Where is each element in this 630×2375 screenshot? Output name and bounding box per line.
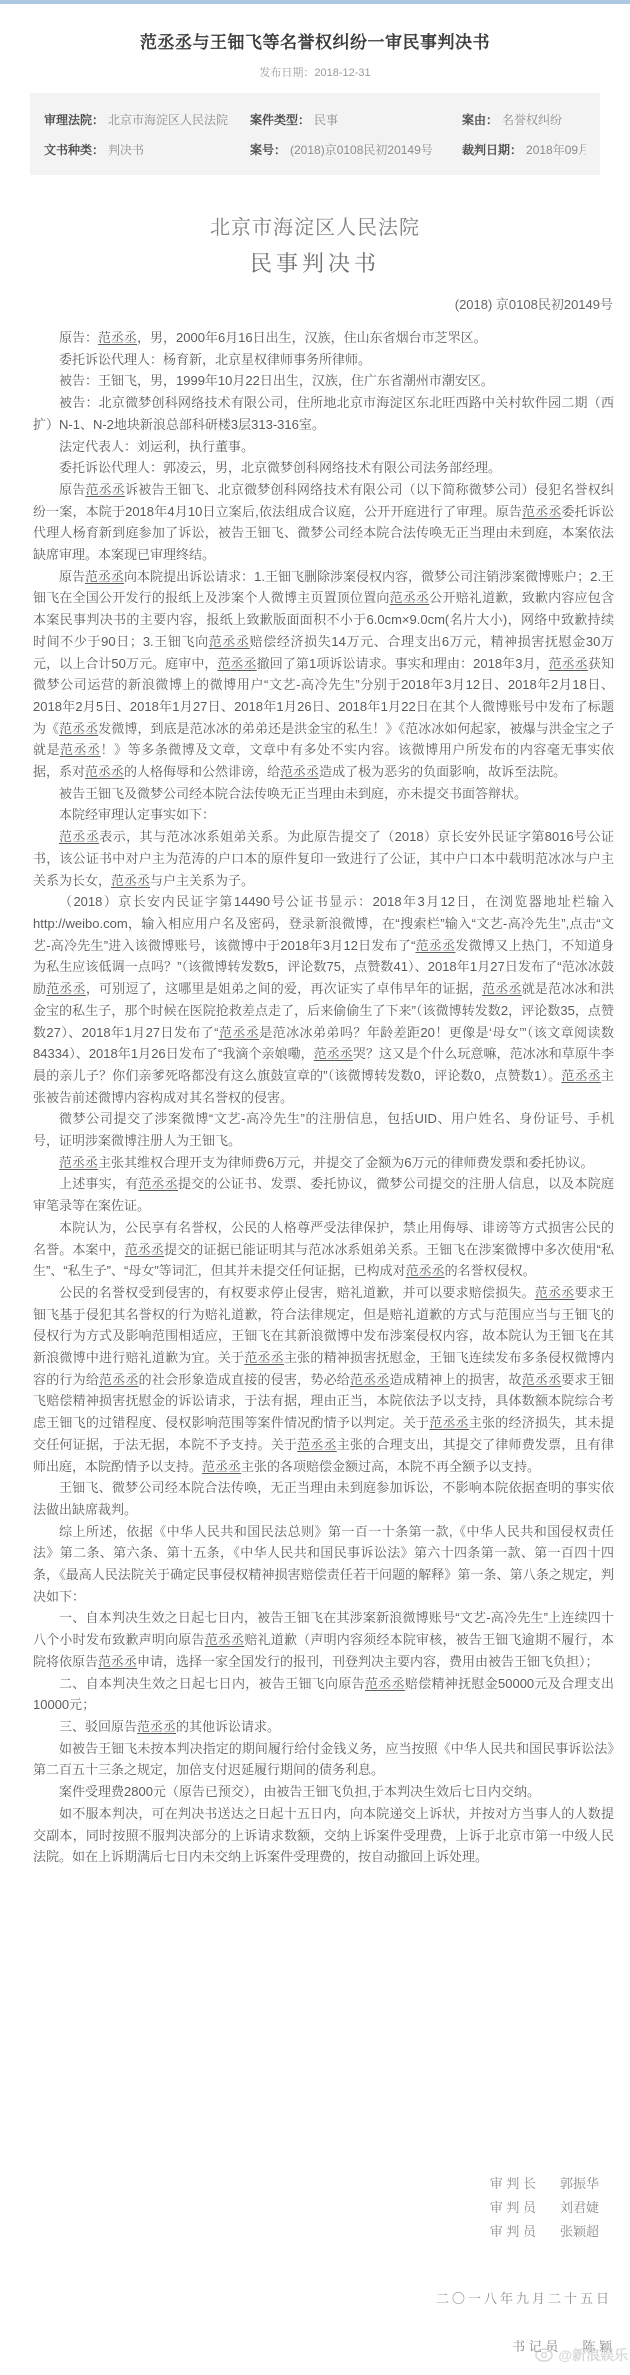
meta-cause-value: 名誉权纠纷 bbox=[502, 105, 562, 135]
document-court-heading: 北京市海淀区人民法院 bbox=[0, 211, 630, 240]
paragraph: 如不服本判决，可在判决书送达之日起十五日内，向本院递交上诉状，并按对方当事人的人… bbox=[33, 1803, 614, 1868]
clerk-title: 书 记 员 bbox=[512, 2339, 558, 2354]
paragraph: 上述事实，有范丞丞提交的公证书、发票、委托协议，微梦公司提交的注册人信息，以及本… bbox=[33, 1173, 614, 1216]
judge-title: 审 判 员 bbox=[490, 2224, 536, 2239]
meta-court: 审理法院： 北京市海淀区人民法院 bbox=[44, 105, 250, 135]
meta-doc-kind-value: 判决书 bbox=[108, 135, 144, 165]
meta-cause: 案由： 名誉权纠纷 bbox=[462, 105, 586, 135]
meta-judgment-date: 裁判日期： 2018年09月25日 bbox=[462, 135, 586, 165]
meta-cause-label: 案由： bbox=[462, 105, 498, 135]
publish-date-label: 发布日期： bbox=[259, 67, 314, 79]
meta-court-value: 北京市海淀区人民法院 bbox=[108, 105, 228, 135]
presiding-judge-name: 郭振华 bbox=[560, 2172, 612, 2196]
paragraph: 一、自本判决生效之日起七日内，被告王钿飞在其涉案新浪微博账号“文艺-高冷先生”上… bbox=[33, 1607, 614, 1672]
meta-row: 审理法院： 北京市海淀区人民法院 案件类型： 民事 案由： 名誉权纠纷 bbox=[44, 105, 586, 135]
paragraph: 被告王钿飞及微梦公司经本院合法传唤无正当理由未到庭，亦未提交书面答辩状。 bbox=[33, 783, 614, 805]
paragraph: 原告：范丞丞，男，2000年6月16日出生，汉族，住山东省烟台市芝罘区。 bbox=[33, 327, 614, 349]
clerk-name: 陈 颖 bbox=[582, 2339, 612, 2354]
judge-line: 审 判 员张颖超 bbox=[490, 2220, 612, 2244]
meta-case-number-value: (2018)京0108民初20149号 bbox=[290, 135, 433, 165]
meta-doc-kind: 文书种类： 判决书 bbox=[44, 135, 250, 165]
judge-name: 刘君婕 bbox=[560, 2196, 612, 2220]
document-case-number: (2018) 京0108民初20149号 bbox=[0, 294, 630, 313]
publish-date-value: 2018-12-31 bbox=[314, 67, 370, 79]
page-top-accent-bar bbox=[0, 0, 630, 4]
meta-judgment-date-label: 裁判日期： bbox=[462, 135, 522, 165]
paragraph: 法定代表人：刘运利，执行董事。 bbox=[33, 436, 614, 458]
judge-name: 张颖超 bbox=[560, 2220, 612, 2244]
case-meta-box: 审理法院： 北京市海淀区人民法院 案件类型： 民事 案由： 名誉权纠纷 文书种类… bbox=[30, 93, 600, 175]
paragraph: 本院经审理认定事实如下： bbox=[33, 804, 614, 826]
paragraph: 王钿飞、微梦公司经本院合法传唤，无正当理由未到庭参加诉讼，不影响本院依据查明的事… bbox=[33, 1477, 614, 1520]
meta-doc-kind-label: 文书种类： bbox=[44, 135, 104, 165]
signature-judges: 审 判 长郭振华 审 判 员刘君婕 审 判 员张颖超 bbox=[490, 2172, 612, 2244]
meta-court-label: 审理法院： bbox=[44, 105, 104, 135]
page-title: 范丞丞与王钿飞等名誉权纠纷一审民事判决书 bbox=[30, 28, 600, 53]
paragraph: 微梦公司提交了涉案微博“文艺-高冷先生”的注册信息，包括UID、用户姓名、身份证… bbox=[33, 1108, 614, 1151]
judge-line: 审 判 员刘君婕 bbox=[490, 2196, 612, 2220]
publish-date-line: 发布日期：2018-12-31 bbox=[0, 64, 630, 80]
paragraph: 被告：北京微梦创科网络技术有限公司，住所地北京市海淀区东北旺西路中关村软件园二期… bbox=[33, 392, 614, 435]
meta-case-type-value: 民事 bbox=[314, 105, 338, 135]
paragraph: （2018）京长安内民证字第14490号公证书显示：2018年3月12日，在浏览… bbox=[33, 891, 614, 1108]
meta-case-number: 案号： (2018)京0108民初20149号 bbox=[250, 135, 462, 165]
meta-row: 文书种类： 判决书 案号： (2018)京0108民初20149号 裁判日期： … bbox=[44, 135, 586, 165]
presiding-judge-line: 审 判 长郭振华 bbox=[490, 2172, 612, 2196]
paragraph: 综上所述，依据《中华人民共和国民法总则》第一百一十条第一款,《中华人民共和国侵权… bbox=[33, 1521, 614, 1608]
paragraph: 案件受理费2800元（原告已预交），由被告王钿飞负担,于本判决生效后七日内交纳。 bbox=[33, 1781, 614, 1803]
paragraph: 如被告王钿飞未按本判决指定的期间履行给付金钱义务，应当按照《中华人民共和国民事诉… bbox=[33, 1738, 614, 1781]
judge-title: 审 判 员 bbox=[490, 2200, 536, 2215]
paragraph: 公民的名誉权受到侵害的，有权要求停止侵害，赔礼道歉，并可以要求赔偿损失。范丞丞要… bbox=[33, 1282, 614, 1477]
paragraph: 二、自本判决生效之日起七日内，被告王钿飞向原告范丞丞赔偿精神抚慰金50000元及… bbox=[33, 1673, 614, 1716]
meta-case-type: 案件类型： 民事 bbox=[250, 105, 462, 135]
paragraph: 范丞丞表示，其与范冰冰系姐弟关系。为此原告提交了（2018）京长安外民证字第80… bbox=[33, 826, 614, 891]
document-type-heading: 民事判决书 bbox=[0, 247, 630, 278]
judgment-date-chinese: 二〇一八年九月二十五日 bbox=[436, 2288, 612, 2307]
meta-case-number-label: 案号： bbox=[250, 135, 286, 165]
judgment-body: 原告：范丞丞，男，2000年6月16日出生，汉族，住山东省烟台市芝罘区。 委托诉… bbox=[33, 327, 614, 1868]
paragraph: 本院认为，公民享有名誉权，公民的人格尊严受法律保护，禁止用侮辱、诽谤等方式损害公… bbox=[33, 1217, 614, 1282]
paragraph: 三、驳回原告范丞丞的其他诉讼请求。 bbox=[33, 1716, 614, 1738]
paragraph: 委托诉讼代理人：郭凌云，男，北京微梦创科网络技术有限公司法务部经理。 bbox=[33, 457, 614, 479]
presiding-judge-title: 审 判 长 bbox=[490, 2176, 536, 2191]
meta-judgment-date-value: 2018年09月25日 bbox=[526, 135, 586, 165]
paragraph: 范丞丞主张其维权合理开支为律师费6万元，并提交了金额为6万元的律师费发票和委托协… bbox=[33, 1152, 614, 1174]
paragraph: 原告范丞丞诉被告王钿飞、北京微梦创科网络技术有限公司（以下简称微梦公司）侵犯名誉… bbox=[33, 479, 614, 566]
paragraph: 委托诉讼代理人：杨育新，北京星权律师事务所律师。 bbox=[33, 349, 614, 371]
paragraph: 被告：王钿飞，男，1999年10月22日出生，汉族，住广东省潮州市潮安区。 bbox=[33, 370, 614, 392]
clerk-line: 书 记 员陈 颖 bbox=[512, 2336, 612, 2355]
meta-case-type-label: 案件类型： bbox=[250, 105, 310, 135]
paragraph: 原告范丞丞向本院提出诉讼请求：1.王钿飞删除涉案侵权内容，微梦公司注销涉案微博账… bbox=[33, 566, 614, 783]
